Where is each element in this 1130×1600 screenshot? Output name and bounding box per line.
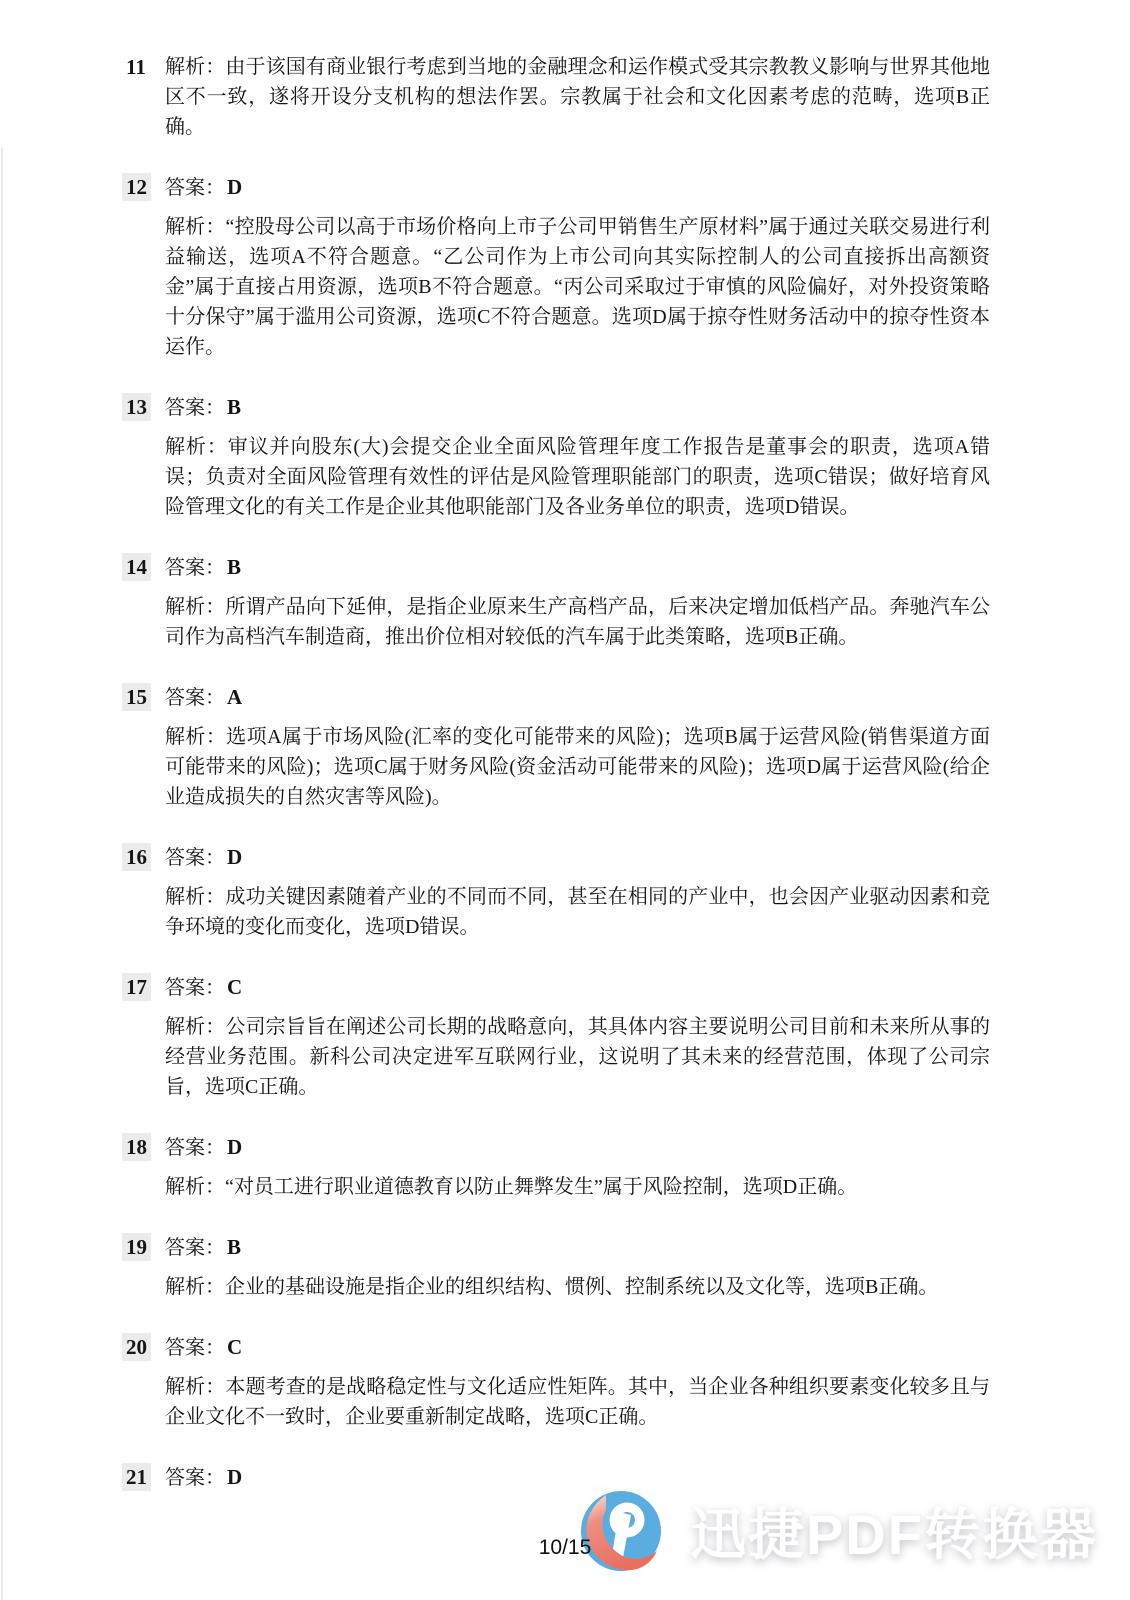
answer-label: 答案： <box>165 977 225 999</box>
answer-value: C <box>225 1335 242 1359</box>
question-number: 13 <box>122 393 151 421</box>
question-number: 15 <box>122 683 151 711</box>
analysis-text: 解析：审议并向股东(大)会提交企业全面风险管理年度工作报告是董事会的职责，选项A… <box>165 432 990 522</box>
question-number: 16 <box>122 843 151 871</box>
answer-value: D <box>225 175 242 199</box>
analysis-text: 解析：“控股母公司以高于市场价格向上市子公司甲销售生产原材料”属于通过关联交易进… <box>165 212 990 362</box>
answer-item: 14 答案：B 解析：所谓产品向下延伸，是指企业原来生产高档产品，后来决定增加低… <box>122 552 990 652</box>
answer-label: 答案： <box>165 687 225 709</box>
answer-value: B <box>225 395 241 419</box>
analysis-text: 解析：选项A属于市场风险(汇率的变化可能带来的风险)；选项B属于运营风险(销售渠… <box>165 722 990 812</box>
analysis-text: 解析：企业的基础设施是指企业的组织结构、惯例、控制系统以及文化等，选项B正确。 <box>165 1272 990 1302</box>
answer-item: 16 答案：D 解析：成功关键因素随着产业的不同而不同，甚至在相同的产业中，也会… <box>122 842 990 942</box>
answer-item: 20 答案：C 解析：本题考查的是战略稳定性与文化适应性矩阵。其中，当企业各种组… <box>122 1332 990 1432</box>
answer-value: D <box>225 1465 242 1489</box>
answer-item: 13 答案：B 解析：审议并向股东(大)会提交企业全面风险管理年度工作报告是董事… <box>122 392 990 522</box>
page-number: 10/15 <box>0 1536 1130 1560</box>
answer-item: 17 答案：C 解析：公司宗旨旨在阐述公司长期的战略意向，其具体内容主要说明公司… <box>122 972 990 1102</box>
answer-item: 11 解析：由于该国有商业银行考虑到当地的金融理念和运作模式受其宗教教义影响与世… <box>122 52 990 142</box>
analysis-text: 解析：本题考查的是战略稳定性与文化适应性矩阵。其中，当企业各种组织要素变化较多且… <box>165 1372 990 1432</box>
analysis-text: 解析：公司宗旨旨在阐述公司长期的战略意向，其具体内容主要说明公司目前和未来所从事… <box>165 1012 990 1102</box>
answer-label: 答案： <box>165 1137 225 1159</box>
answer-value: D <box>225 1135 242 1159</box>
answers-list: 11 解析：由于该国有商业银行考虑到当地的金融理念和运作模式受其宗教教义影响与世… <box>122 52 990 1532</box>
question-number: 18 <box>122 1133 151 1161</box>
question-number: 11 <box>122 53 150 81</box>
question-number: 12 <box>122 173 151 201</box>
page-edge-line <box>1 148 3 1600</box>
answer-value: B <box>225 1235 241 1259</box>
answer-item: 12 答案：D 解析：“控股母公司以高于市场价格向上市子公司甲销售生产原材料”属… <box>122 172 990 362</box>
question-number: 19 <box>122 1233 151 1261</box>
analysis-text: 解析：所谓产品向下延伸，是指企业原来生产高档产品，后来决定增加低档产品。奔驰汽车… <box>165 592 990 652</box>
question-number: 17 <box>122 973 151 1001</box>
document-page: 11 解析：由于该国有商业银行考虑到当地的金融理念和运作模式受其宗教教义影响与世… <box>0 0 1130 1600</box>
answer-value: A <box>225 685 242 709</box>
answer-value: B <box>225 555 241 579</box>
answer-label: 答案： <box>165 1337 225 1359</box>
question-number: 21 <box>122 1463 151 1491</box>
answer-item: 15 答案：A 解析：选项A属于市场风险(汇率的变化可能带来的风险)；选项B属于… <box>122 682 990 812</box>
analysis-text: 解析：“对员工进行职业道德教育以防止舞弊发生”属于风险控制，选项D正确。 <box>165 1172 990 1202</box>
analysis-text: 解析：成功关键因素随着产业的不同而不同，甚至在相同的产业中，也会因产业驱动因素和… <box>165 882 990 942</box>
question-number: 20 <box>122 1333 151 1361</box>
answer-label: 答案： <box>165 397 225 419</box>
answer-label: 答案： <box>165 1237 225 1259</box>
answer-label: 答案： <box>165 177 225 199</box>
answer-label: 答案： <box>165 847 225 869</box>
answer-value: D <box>225 845 242 869</box>
answer-label: 答案： <box>165 1467 225 1489</box>
answer-label: 答案： <box>165 557 225 579</box>
analysis-text: 解析：由于该国有商业银行考虑到当地的金融理念和运作模式受其宗教教义影响与世界其他… <box>165 52 990 142</box>
question-number: 14 <box>122 553 151 581</box>
answer-item: 19 答案：B 解析：企业的基础设施是指企业的组织结构、惯例、控制系统以及文化等… <box>122 1232 990 1302</box>
answer-value: C <box>225 975 242 999</box>
answer-item: 18 答案：D 解析：“对员工进行职业道德教育以防止舞弊发生”属于风险控制，选项… <box>122 1132 990 1202</box>
